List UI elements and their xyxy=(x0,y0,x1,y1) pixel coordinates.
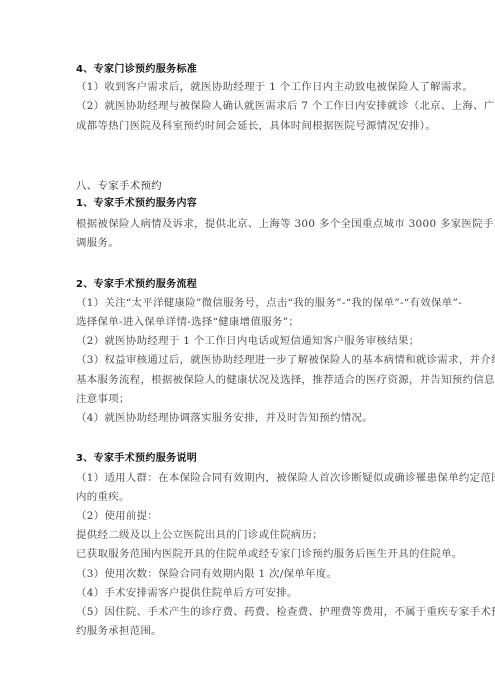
paragraph-line: （4）就医协助经理协调落实服务安排，并及时告知预约情况。 xyxy=(76,411,373,425)
paragraph-line: （3）权益审核通过后，就医协助经理进一步了解被保险人的基本病情和就诊需求，并介绍 xyxy=(76,353,495,367)
paragraph-line: （2）就医协助经理于 1 个工作日内电话或短信通知客户服务审核结果； xyxy=(76,334,419,348)
section-heading-outpatient-standard: 4、专家门诊预约服务标准 xyxy=(76,63,197,77)
paragraph-line: （4）手术安排需客户提供住院单后方可安排。 xyxy=(76,586,298,600)
paragraph-line: 约服务承担范围。 xyxy=(76,624,162,638)
paragraph-line: （1）收到客户需求后，就医协助经理于 1 个工作日内主动致电被保险人了解需求。 xyxy=(76,80,473,94)
section-heading-surgery-process: 2、专家手术预约服务流程 xyxy=(76,278,197,292)
paragraph-line: （5）因住院、手术产生的诊疗费、药费、检查费、护理费等费用，不属于重疾专家手术预 xyxy=(76,605,495,619)
paragraph-line: 提供经二级及以上公立医院出具的门诊或住院病历； xyxy=(76,528,323,542)
paragraph-line: 选择保单-进入保单详情-选择“健康增值服务”； xyxy=(76,315,299,329)
paragraph-line: （2）就医协助经理与被保险人确认就医需求后 7 个工作日内安排就诊（北京、上海、… xyxy=(76,99,495,113)
paragraph-line: （3）使用次数：保险合同有效期内限 1 次/保单年度。 xyxy=(76,567,337,581)
paragraph-line: （1）关注“太平洋健康险”微信服务号，点击“我的服务”-“我的保单”-“有效保单… xyxy=(76,296,462,310)
paragraph-line: 已获取服务范围内医院开具的住院单或经专家门诊预约服务后医生开具的住院单。 xyxy=(76,547,463,561)
section-heading-surgery-notes: 3、专家手术预约服务说明 xyxy=(76,452,197,466)
paragraph-line: 调服务。 xyxy=(76,236,119,250)
paragraph-line: （2）使用前提： xyxy=(76,509,158,523)
chapter-title-surgery-booking: 八、专家手术预约 xyxy=(76,179,162,193)
paragraph-line: 根据被保险人病情及诉求，提供北京、上海等 300 多个全国重点城市 3000 多… xyxy=(76,217,495,231)
paragraph-line: 注意事项； xyxy=(76,392,130,406)
paragraph-line: 内的重疾。 xyxy=(76,490,130,504)
paragraph-line: （1）适用人群：在本保险合同有效期内，被保险人首次诊断疑似或确诊罹患保单约定范围 xyxy=(76,471,495,485)
paragraph-line: 成都等热门医院及科室预约时间会延长，具体时间根据医院号源情况安排）。 xyxy=(76,119,436,133)
paragraph-line: 基本服务流程，根据被保险人的健康状况及选择，推荐适合的医疗资源，并告知预约信息和 xyxy=(76,373,495,387)
section-heading-surgery-content: 1、专家手术预约服务内容 xyxy=(76,197,197,211)
